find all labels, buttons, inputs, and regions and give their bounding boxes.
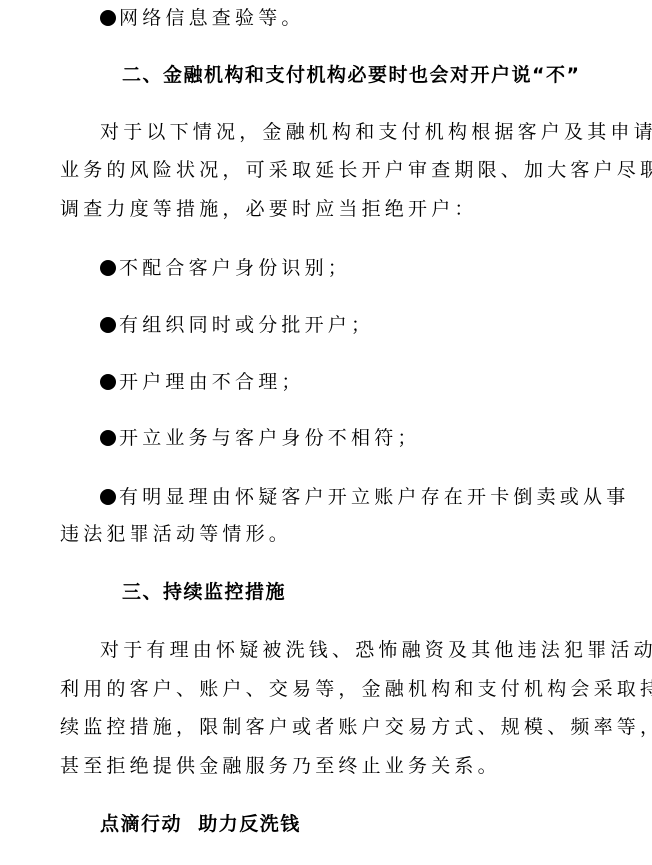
paragraph-line: 利用的客户、账户、交易等，金融机构和支付机构会采取持 [60, 677, 652, 701]
paragraph-line: 违法犯罪活动等情形。 [60, 522, 292, 546]
bullet-icon [100, 430, 116, 446]
bullet-text: 开立业务与客户身份不相符； [119, 427, 421, 449]
paragraph-line: 对于以下情况，金融机构和支付机构根据客户及其申请 [100, 120, 652, 144]
bullet-text: 不配合客户身份识别； [119, 257, 351, 279]
bullet-icon [100, 489, 116, 505]
bullet-item: 有明显理由怀疑客户开立账户存在开卡倒卖或从事 [100, 485, 629, 509]
section-heading-3: 三、持续监控措施 [122, 580, 286, 604]
bullet-text: 有明显理由怀疑客户开立账户存在开卡倒卖或从事 [119, 486, 629, 508]
closing-heading: 点滴行动 助力反洗钱 [100, 812, 301, 836]
paragraph-line: 对于有理由怀疑被洗钱、恐怖融资及其他违法犯罪活动 [100, 638, 652, 662]
paragraph-line: 甚至拒绝提供金融服务乃至终止业务关系。 [60, 754, 501, 778]
bullet-icon [100, 10, 116, 26]
bullet-item: 网络信息查验等。 [100, 6, 305, 30]
bullet-item: 有组织同时或分批开户； [100, 313, 374, 337]
bullet-text: 有组织同时或分批开户； [119, 314, 374, 336]
bullet-text: 网络信息查验等。 [119, 7, 305, 29]
section-heading-2: 二、金融机构和支付机构必要时也会对开户说“不” [122, 63, 580, 87]
bullet-icon [100, 317, 116, 333]
paragraph-line: 续监控措施，限制客户或者账户交易方式、规模、频率等， [60, 715, 652, 739]
bullet-icon [100, 374, 116, 390]
bullet-item: 开户理由不合理； [100, 370, 305, 394]
bullet-text: 开户理由不合理； [119, 371, 305, 393]
paragraph-line: 业务的风险状况，可采取延长开户审查期限、加大客户尽职 [60, 158, 652, 182]
bullet-item: 不配合客户身份识别； [100, 256, 351, 280]
paragraph-line: 调查力度等措施，必要时应当拒绝开户： [60, 197, 478, 221]
bullet-item: 开立业务与客户身份不相符； [100, 426, 421, 450]
bullet-icon [100, 260, 116, 276]
